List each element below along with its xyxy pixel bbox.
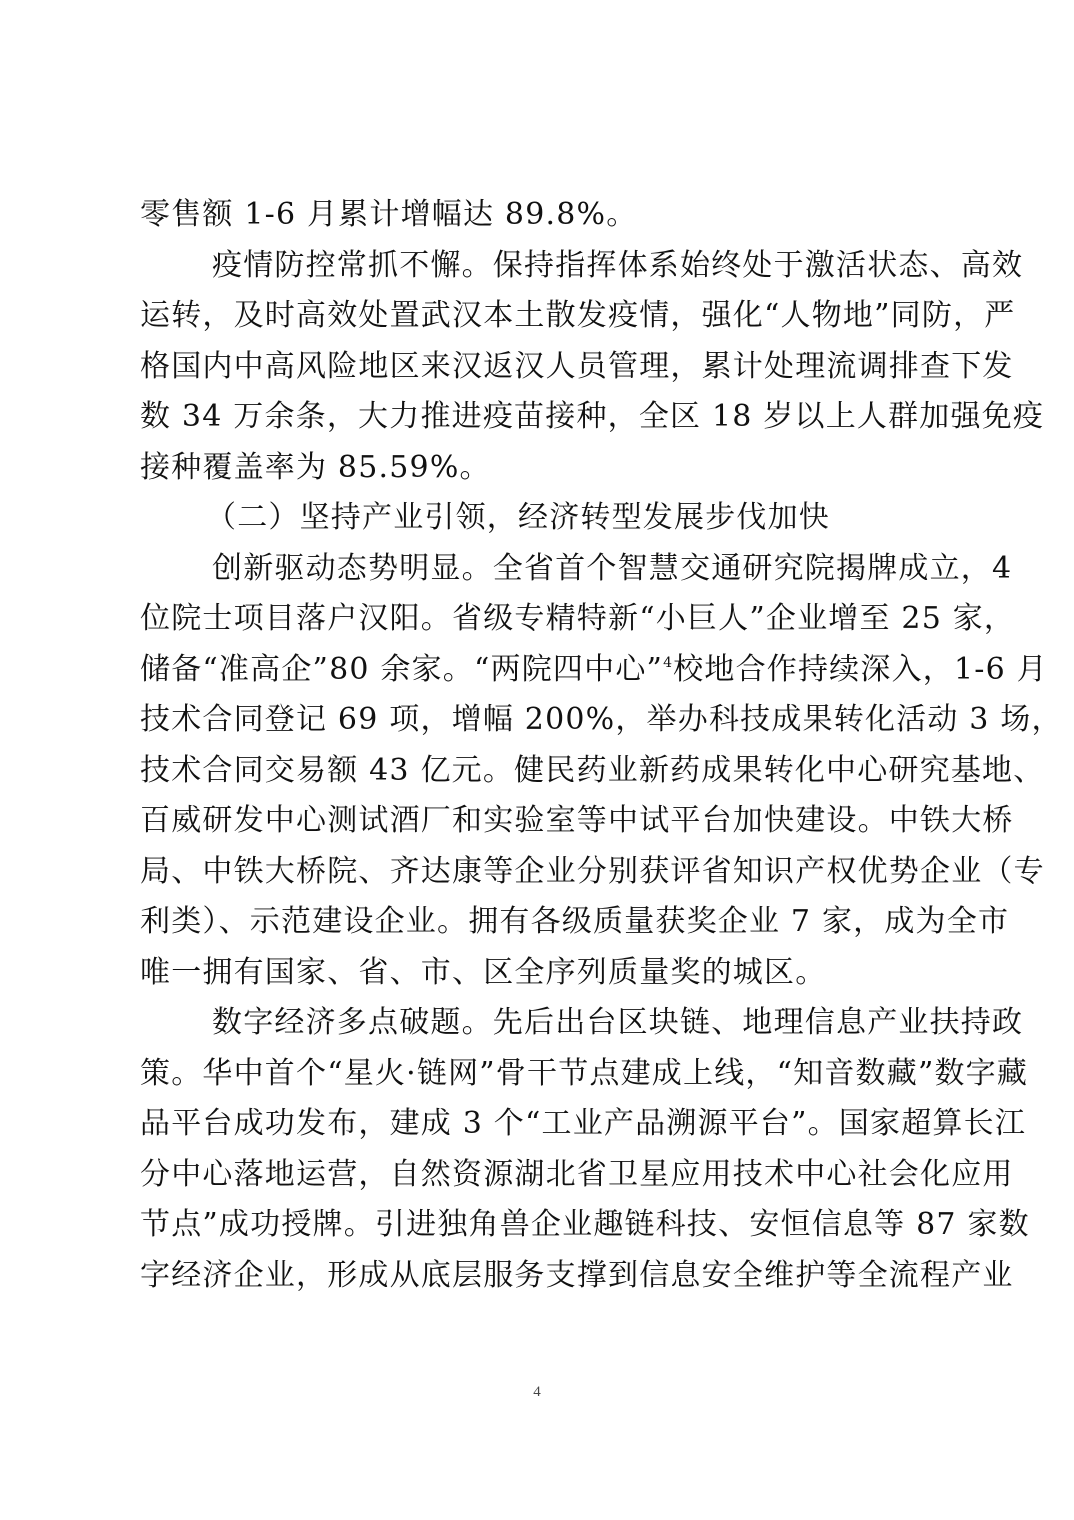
text-line: 策。华中首个“星火·链网”骨干节点建成上线，“知音数藏”数字藏 [140, 1049, 942, 1100]
text-line: 零售额 1-6 月累计增幅达 89.8%。 [140, 190, 942, 241]
section-heading: （二）坚持产业引领，经济转型发展步伐加快 [140, 493, 942, 544]
text-line: 位院士项目落户汉阳。省级专精特新“小巨人”企业增至 25 家， [140, 594, 942, 645]
text-line: 唯一拥有国家、省、市、区全序列质量奖的城区。 [140, 948, 942, 999]
text-line: 创新驱动态势明显。全省首个智慧交通研究院揭牌成立，4 [140, 544, 942, 595]
text-line: 数字经济多点破题。先后出台区块链、地理信息产业扶持政 [140, 998, 942, 1049]
text-segment: 校地合作持续深入，1-6 月 [673, 652, 1048, 687]
text-line: 接种覆盖率为 85.59%。 [140, 443, 942, 494]
text-line: 节点”成功授牌。引进独角兽企业趣链科技、安恒信息等 87 家数 [140, 1200, 942, 1251]
text-line: 技术合同登记 69 项，增幅 200%，举办科技成果转化活动 3 场， [140, 695, 942, 746]
text-line: 分中心落地运营，自然资源湖北省卫星应用技术中心社会化应用 [140, 1150, 942, 1201]
page-number: 4 [0, 1384, 1074, 1401]
text-line: 利类）、示范建设企业。拥有各级质量获奖企业 7 家，成为全市 [140, 897, 942, 948]
text-line: 格国内中高风险地区来汉返汉人员管理，累计处理流调排查下发 [140, 342, 942, 393]
text-line: 运转，及时高效处置武汉本土散发疫情，强化“人物地”同防，严 [140, 291, 942, 342]
document-body: 零售额 1-6 月累计增幅达 89.8%。 疫情防控常抓不懈。保持指挥体系始终处… [140, 190, 942, 1301]
text-line: 数 34 万余条，大力推进疫苗接种，全区 18 岁以上人群加强免疫 [140, 392, 942, 443]
text-segment: 储备“准高企”80 余家。“两院四中心” [140, 652, 663, 687]
document-page: 零售额 1-6 月累计增幅达 89.8%。 疫情防控常抓不懈。保持指挥体系始终处… [0, 0, 1074, 1520]
text-line: 储备“准高企”80 余家。“两院四中心”4校地合作持续深入，1-6 月 [140, 645, 942, 696]
text-line: 百威研发中心测试酒厂和实验室等中试平台加快建设。中铁大桥 [140, 796, 942, 847]
text-line: 疫情防控常抓不懈。保持指挥体系始终处于激活状态、高效 [140, 241, 942, 292]
text-line: 字经济企业，形成从底层服务支撑到信息安全维护等全流程产业 [140, 1251, 942, 1302]
text-line: 技术合同交易额 43 亿元。健民药业新药成果转化中心研究基地、 [140, 746, 942, 797]
text-line: 局、中铁大桥院、齐达康等企业分别获评省知识产权优势企业（专 [140, 847, 942, 898]
footnote-ref[interactable]: 4 [663, 655, 673, 671]
text-line: 品平台成功发布，建成 3 个“工业产品溯源平台”。国家超算长江 [140, 1099, 942, 1150]
